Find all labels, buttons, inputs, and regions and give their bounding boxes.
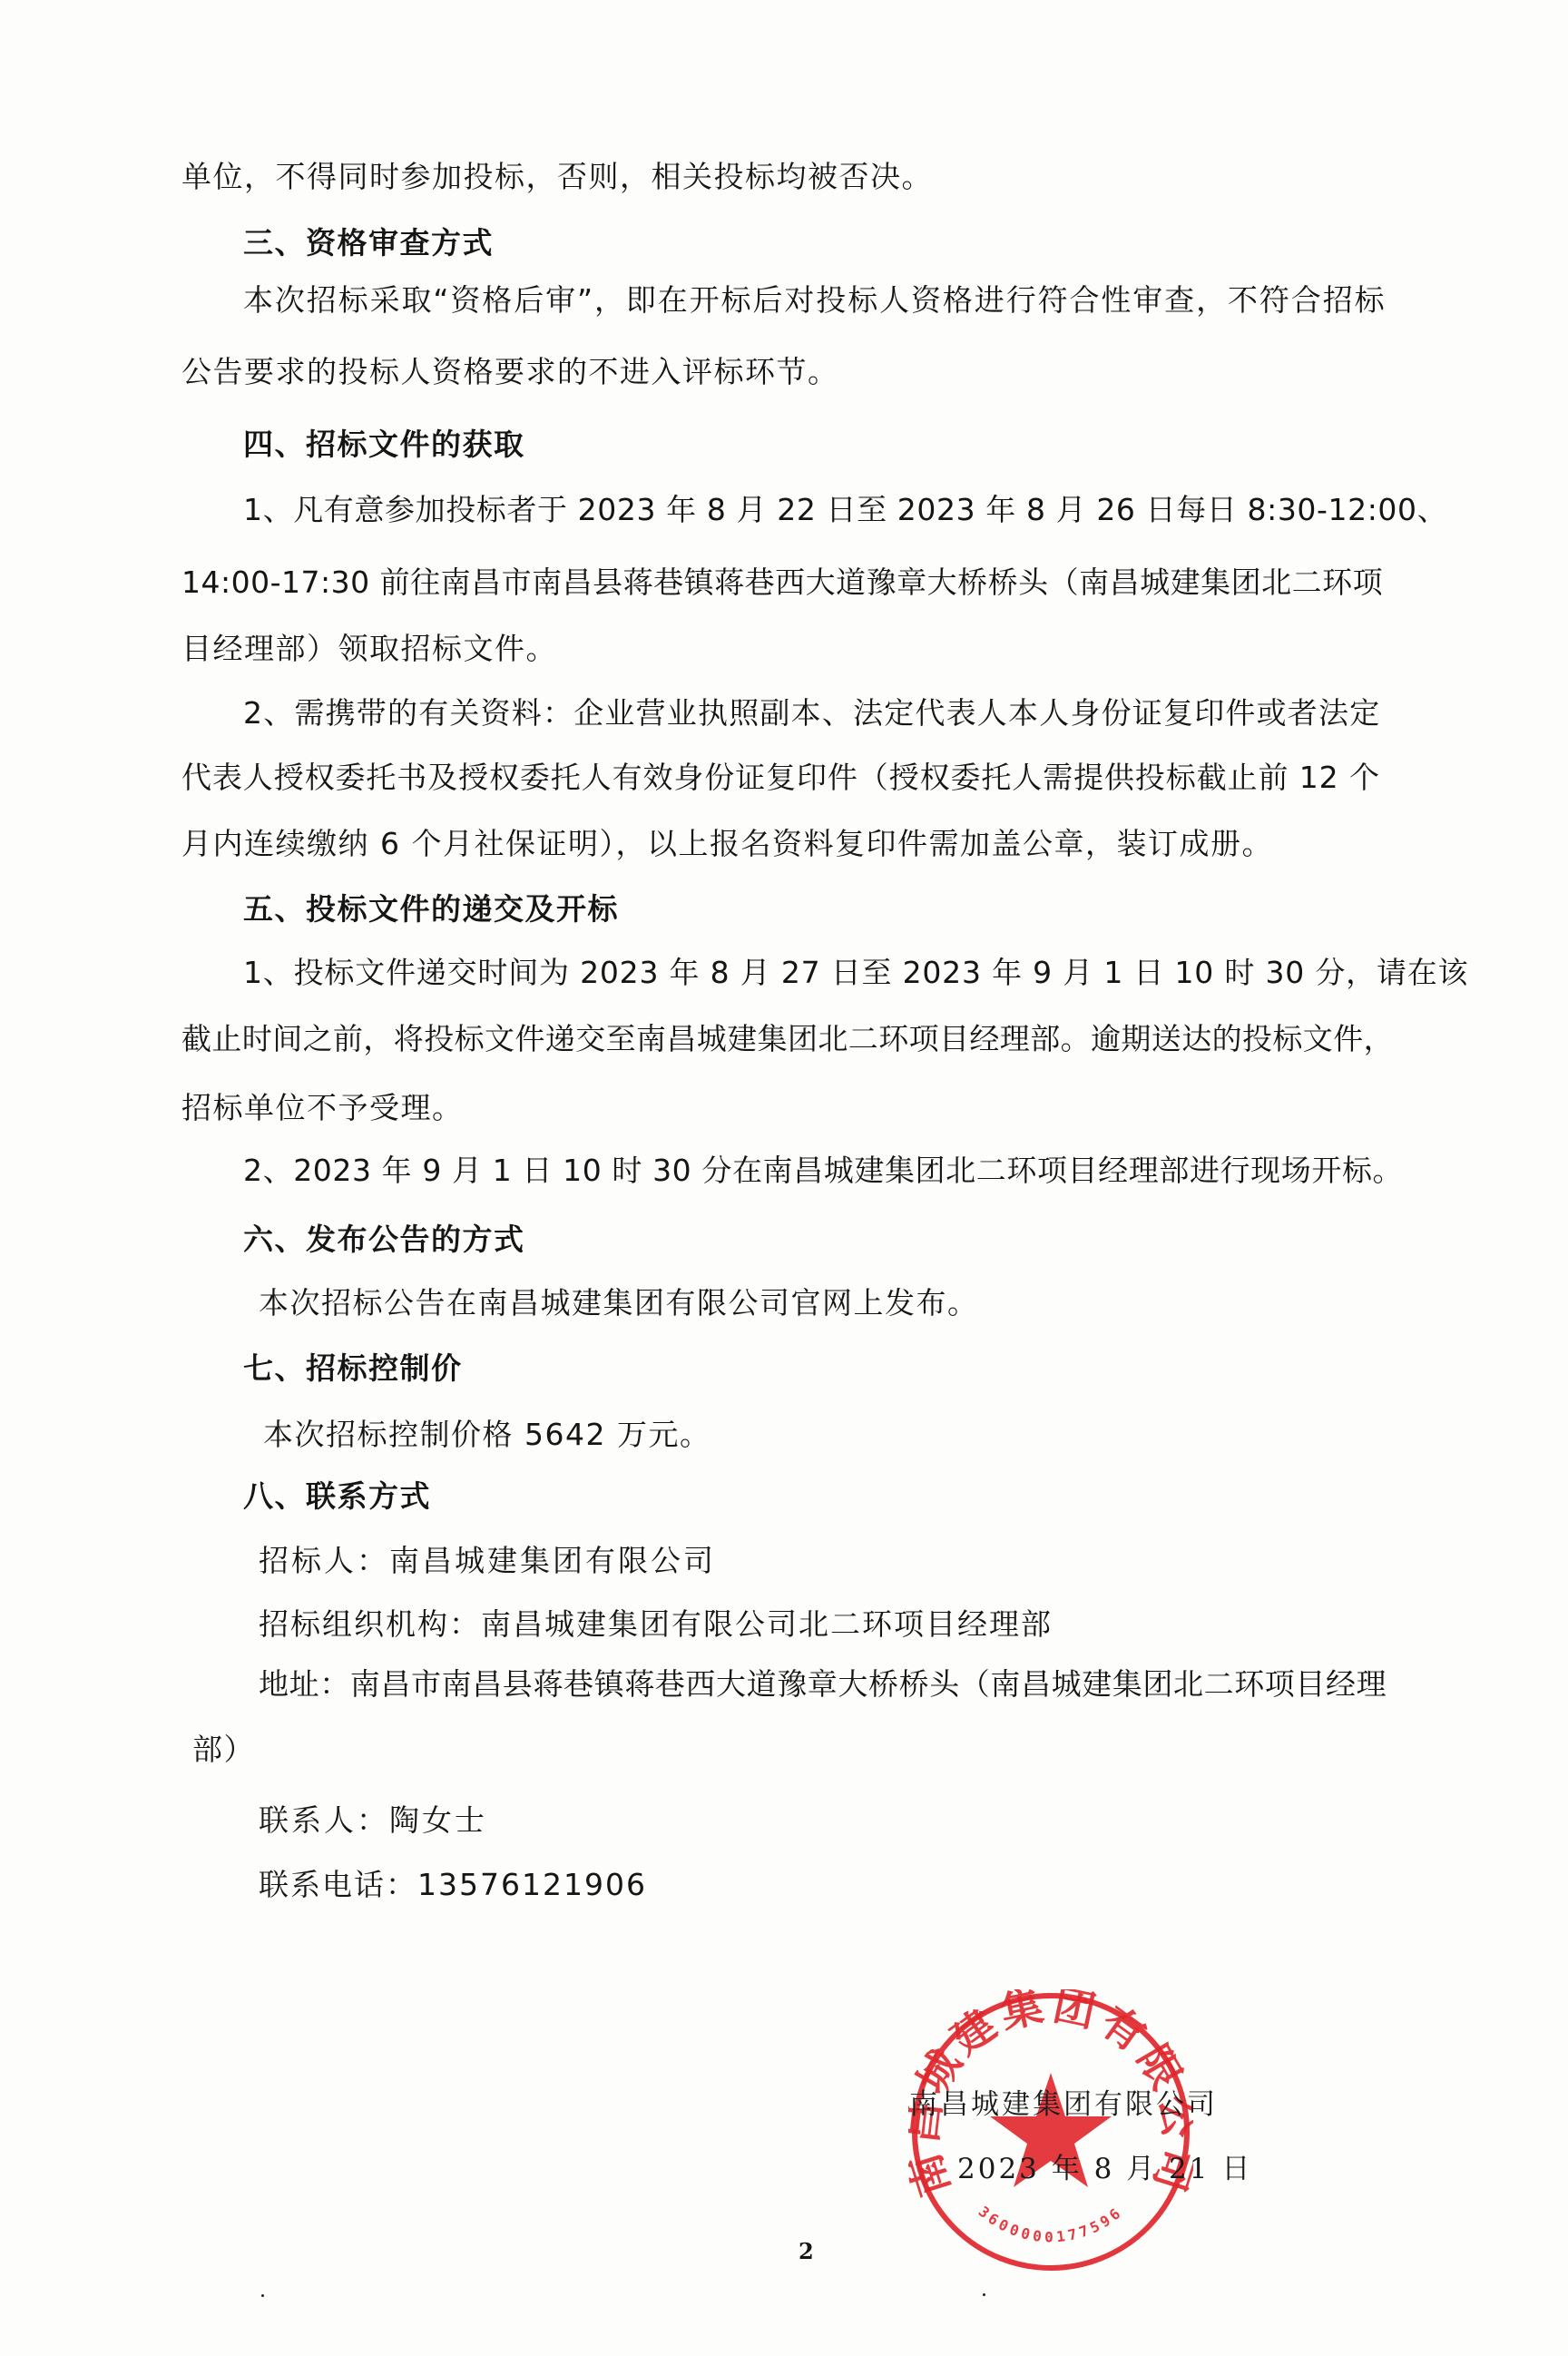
- section-heading-8: 八、联系方式: [243, 1478, 431, 1515]
- text-line: 1、投标文件递交时间为 2023 年 8 月 27 日至 2023 年 9 月 …: [243, 955, 1468, 991]
- contact-person: 联系人：陶女士: [259, 1802, 487, 1839]
- text-line: 单位，不得同时参加投标，否则，相关投标均被否决。: [181, 159, 933, 195]
- official-seal-stamp: 南昌城建集团有限公司 3600000177596: [908, 1989, 1193, 2274]
- text-line: 招标人：南昌城建集团有限公司: [259, 1543, 716, 1579]
- text-line: 截止时间之前，将投标文件递交至南昌城建集团北二环项目经理部。逾期送达的投标文件，: [181, 1021, 1394, 1057]
- page-number: 2: [799, 2238, 814, 2264]
- text-line: 部）: [192, 1732, 255, 1768]
- text-line: 公告要求的投标人资格要求的不进入评标环节。: [181, 354, 839, 390]
- section-heading-3: 三、资格审查方式: [243, 225, 494, 261]
- section-heading-7: 七、招标控制价: [243, 1350, 463, 1387]
- section-heading-4: 四、招标文件的获取: [243, 427, 525, 463]
- text-line: 目经理部）领取招标文件。: [181, 631, 557, 667]
- signature-date: 2023 年 8 月 21 日: [957, 2151, 1252, 2187]
- text-line: 本次招标公告在南昌城建集团有限公司官网上发布。: [259, 1285, 979, 1321]
- signature-company: 南昌城建集团有限公司: [909, 2086, 1218, 2123]
- text-line: 本次招标采取“资格后审”，即在开标后对投标人资格进行符合性审查，不符合招标: [243, 282, 1387, 319]
- contact-phone: 联系电话：13576121906: [259, 1867, 647, 1903]
- text-line: 地址：南昌市南昌县蒋巷镇蒋巷西大道豫章大桥桥头（南昌城建集团北二环项目经理: [259, 1666, 1387, 1703]
- svg-text:3600000177596: 3600000177596: [975, 2203, 1127, 2245]
- seal-code-text: 3600000177596: [975, 2203, 1127, 2245]
- text-line: 招标单位不予受理。: [181, 1090, 464, 1126]
- scan-speck: [983, 2293, 985, 2296]
- text-line: 14:00-17:30 前往南昌市南昌县蒋巷镇蒋巷西大道豫章大桥桥头（南昌城建集…: [181, 564, 1383, 601]
- scan-speck: [261, 2294, 264, 2297]
- text-line: 招标组织机构：南昌城建集团有限公司北二环项目经理部: [259, 1606, 1053, 1643]
- section-heading-6: 六、发布公告的方式: [243, 1222, 525, 1258]
- text-line: 2、2023 年 9 月 1 日 10 时 30 分在南昌城建集团北二环项目经理…: [243, 1153, 1403, 1189]
- text-line: 2、需携带的有关资料：企业营业执照副本、法定代表人本人身份证复印件或者法定: [243, 695, 1380, 731]
- text-line: 1、凡有意参加投标者于 2023 年 8 月 22 日至 2023 年 8 月 …: [243, 492, 1447, 528]
- text-line: 本次招标控制价格 5642 万元。: [263, 1417, 710, 1453]
- text-line: 月内连续缴纳 6 个月社保证明），以上报名资料复印件需加盖公章，装订成册。: [181, 826, 1273, 862]
- section-heading-5: 五、投标文件的递交及开标: [243, 891, 619, 928]
- text-line: 代表人授权委托书及授权委托人有效身份证复印件（授权委托人需提供投标截止前 12 …: [181, 760, 1380, 796]
